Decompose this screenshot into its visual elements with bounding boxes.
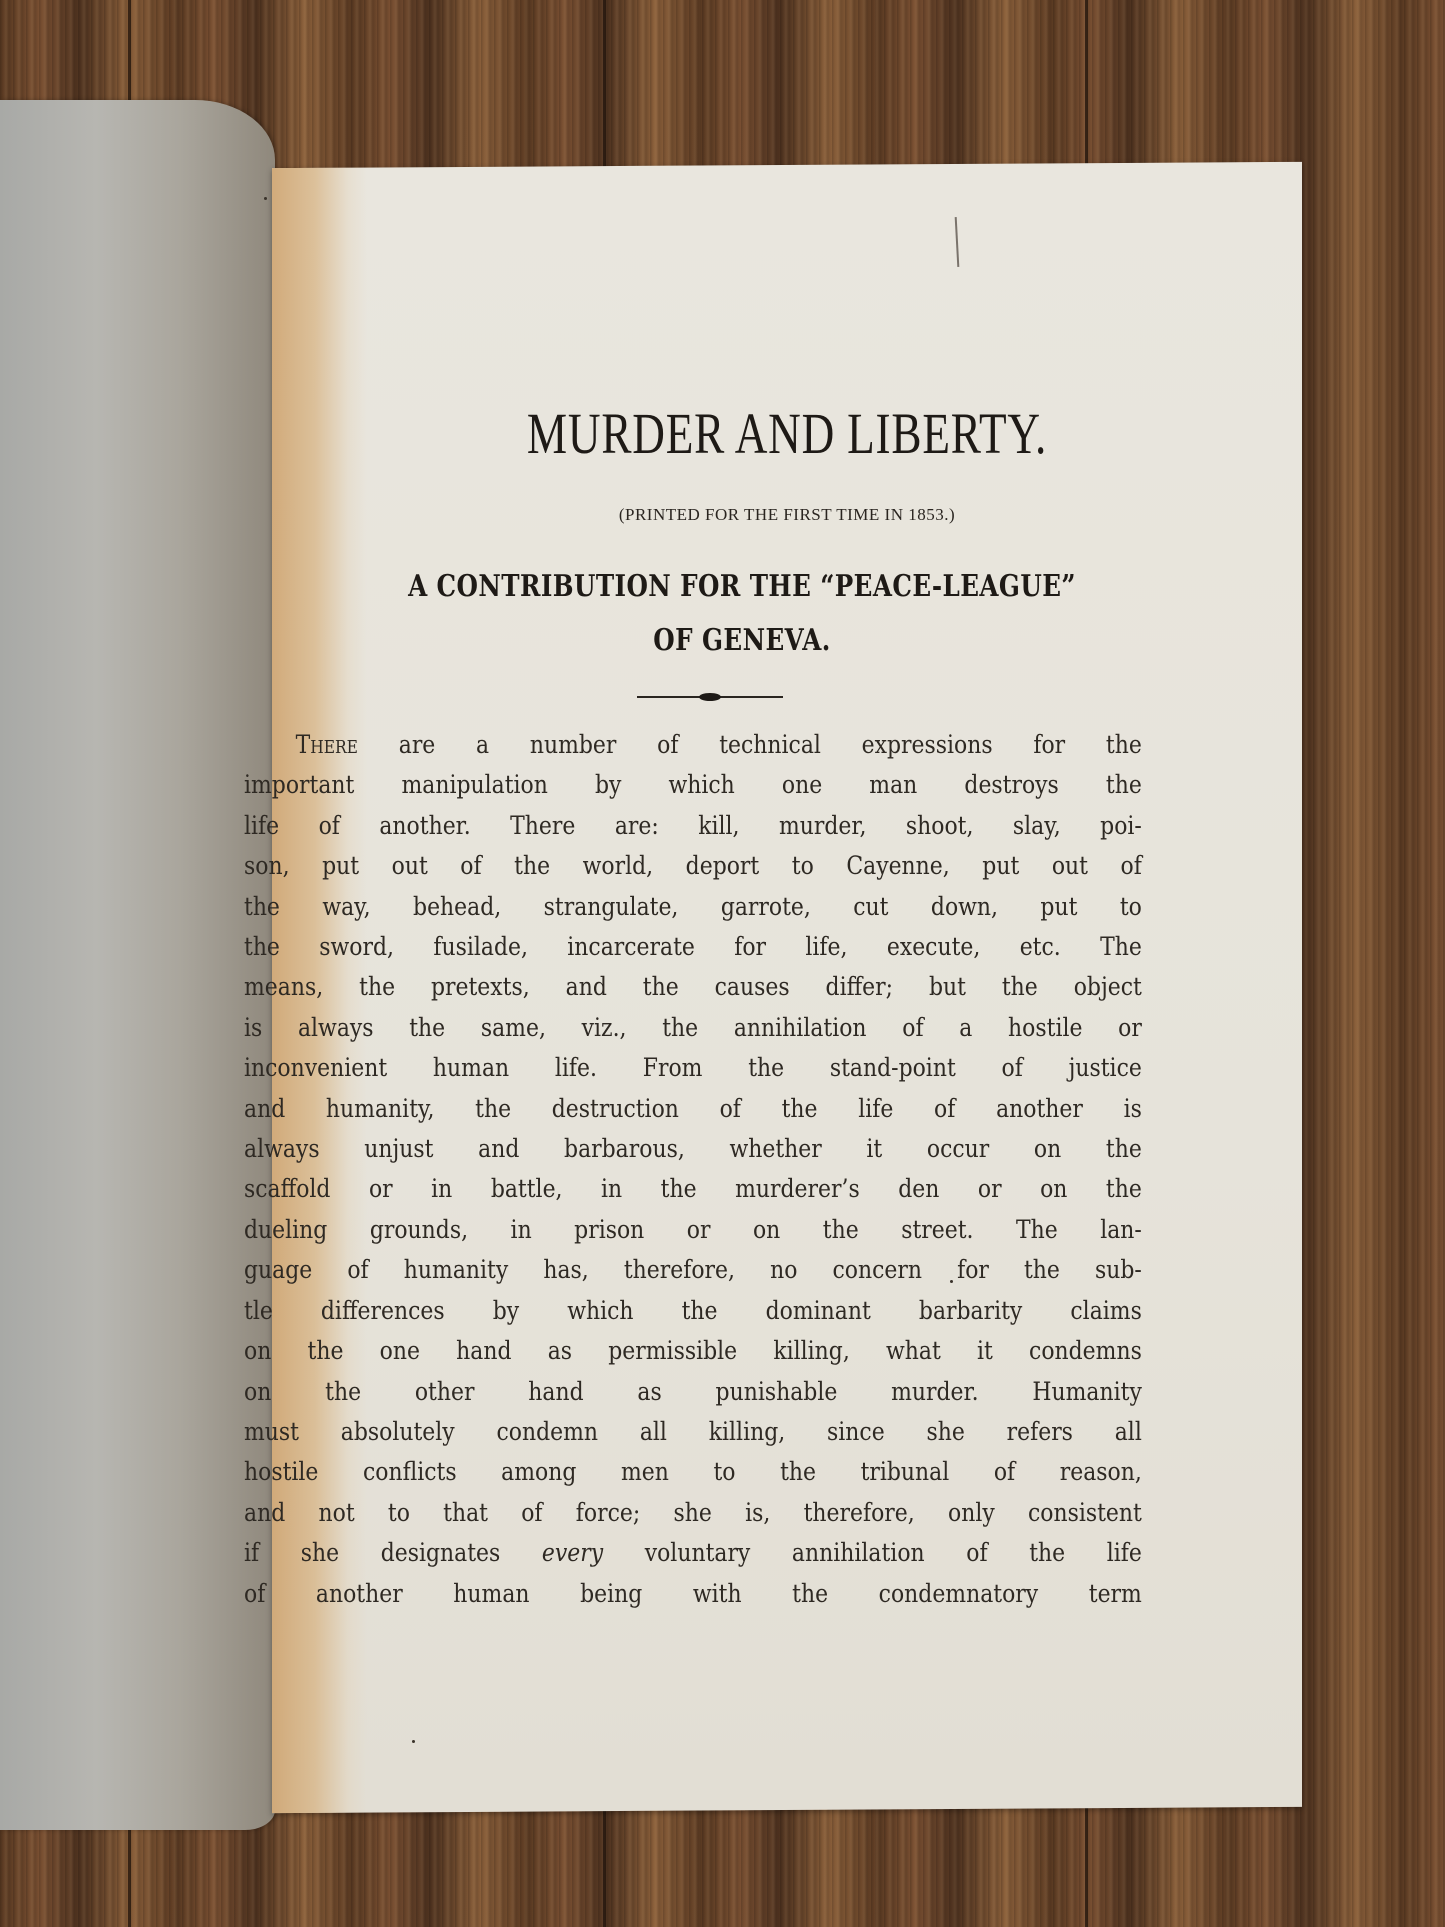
text-line: dueling grounds, in prison or on the str…: [244, 1210, 1142, 1250]
text-line: means, the pretexts, and the causes diff…: [244, 967, 1142, 1007]
text-line: scaffold or in battle, in the murderer’s…: [244, 1169, 1142, 1209]
left-page: [0, 100, 275, 1830]
text-line: There are a number of technical expressi…: [244, 725, 1142, 765]
document-title: MURDER AND LIBERTY.: [385, 400, 1188, 467]
text-line: must absolutely condemn all killing, sin…: [244, 1412, 1142, 1452]
text-line: of another human being with the condemna…: [244, 1574, 1142, 1614]
text-line: and not to that of force; she is, theref…: [244, 1493, 1142, 1533]
text-line: on the one hand as permissible killing, …: [244, 1331, 1142, 1371]
paper-speck: [264, 197, 267, 200]
text-line: son, put out of the world, deport to Cay…: [244, 846, 1142, 886]
paper-speck: [950, 1280, 953, 1283]
section-heading-line-1: A CONTRIBUTION FOR THE “PEACE-LEAGUE”: [408, 569, 1076, 604]
page-content: MURDER AND LIBERTY. (PRINTED FOR THE FIR…: [272, 165, 1302, 1810]
section-heading: A CONTRIBUTION FOR THE “PEACE-LEAGUE” OF…: [389, 560, 1094, 668]
section-heading-line-2: OF GENEVA.: [653, 623, 830, 658]
text-line: is always the same, viz., the annihilati…: [244, 1008, 1142, 1048]
text-line: and humanity, the destruction of the lif…: [244, 1089, 1142, 1129]
text-line: inconvenient human life. From the stand-…: [244, 1048, 1142, 1088]
pencil-mark: [955, 217, 960, 267]
text-line: tle differences by which the dominant ba…: [244, 1291, 1142, 1331]
text-line: guage of humanity has, therefore, no con…: [244, 1250, 1142, 1290]
body-paragraph: There are a number of technical expressi…: [244, 725, 1144, 1614]
emphasis-word: every: [542, 1538, 603, 1568]
text-line: important manipulation by which one man …: [244, 765, 1142, 805]
drop-word: There: [296, 730, 358, 760]
text-line: on the other hand as punishable murder. …: [244, 1372, 1142, 1412]
text-line: always unjust and barbarous, whether it …: [244, 1129, 1142, 1169]
text-line: if she designates every voluntary annihi…: [244, 1533, 1142, 1573]
document-subtitle: (PRINTED FOR THE FIRST TIME IN 1853.): [272, 505, 1302, 525]
text-line: life of another. There are: kill, murder…: [244, 806, 1142, 846]
ornament-rule-icon: [637, 693, 783, 701]
text-line: hostile conflicts among men to the tribu…: [244, 1452, 1142, 1492]
text-line: the way, behead, strangulate, garrote, c…: [244, 887, 1142, 927]
text-line: the sword, fusilade, incarcerate for lif…: [244, 927, 1142, 967]
paper-speck: [412, 1740, 415, 1743]
